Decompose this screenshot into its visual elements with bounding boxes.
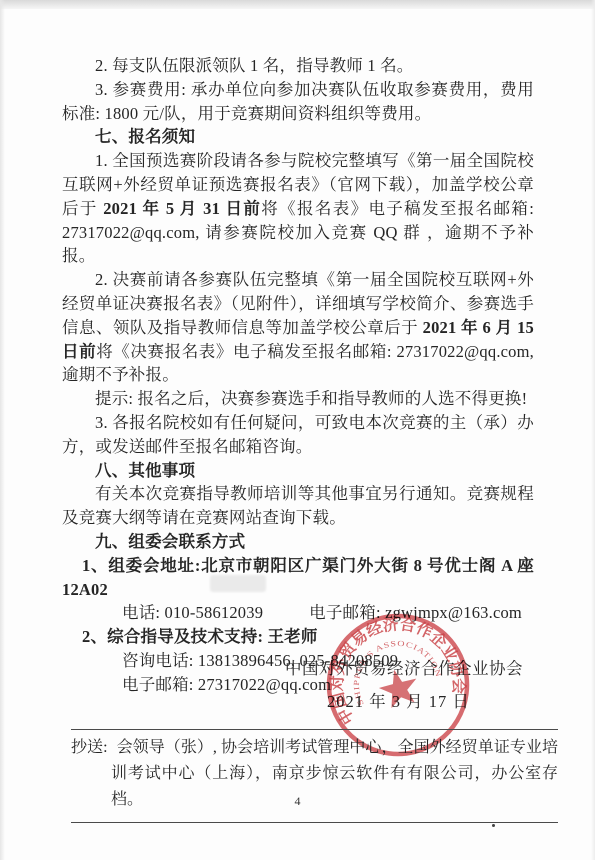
page-number: 4 (0, 794, 595, 809)
faint-watermark (210, 575, 266, 592)
paragraph-final-registration: 2. 决赛前请各参赛队伍完整填《第一届全国院校互联网+外经贸单证决赛报名表》（见… (62, 268, 534, 387)
paragraph-tip: 提示: 报名之后，决赛参赛选手和指导教师的人选不得更换! (62, 387, 534, 411)
scan-speck (492, 824, 495, 827)
heading-section-8: 八、其他事项 (62, 459, 534, 483)
seal-star-icon (375, 665, 421, 710)
paragraph-team-limit: 2. 每支队伍限派领队 1 名，指导教师 1 名。 (62, 54, 534, 78)
heading-section-9: 九、组委会联系方式 (62, 530, 534, 554)
scan-top-edge (0, 0, 595, 9)
paragraph-other-matters: 有关本次竞赛指导教师培训等其他事宜另行通知。竞赛规程及竞赛大纲等请在竞赛网站查询… (62, 482, 534, 530)
final-reg-text-cont: 将《决赛报名表》电子稿发至报名邮箱: 27317022@qq.com,逾期不予补… (62, 342, 534, 385)
paragraph-preliminary-registration: 1. 全国预选赛阶段请各参与院校完整填写《第一届全国院校互联网+外经贸单证预选赛… (62, 149, 534, 268)
cc-label: 抄送: (71, 739, 108, 756)
pre-reg-deadline: 2021 年 5 月 31 日前 (103, 199, 261, 218)
document-body: 2. 每支队伍限派领队 1 名，指导教师 1 名。 3. 参赛费用: 承办单位向… (62, 54, 534, 697)
contact-address: 1、组委会地址:北京市朝阳区广渠门外大街 8 号优士阁 A 座 12A02 (62, 554, 534, 602)
paragraph-question: 3. 各报名院校如有任何疑问，可致电本次竞赛的主（承）办方，或发送邮件至报名邮箱… (62, 411, 534, 459)
scan-left-edge (0, 0, 5, 860)
heading-section-7: 七、报名须知 (62, 125, 534, 149)
contact-phone-email-line: 电话: 010-58612039电子邮箱: zgwjmpx@163.com (62, 601, 534, 625)
scan-right-edge (591, 0, 595, 860)
paragraph-fee: 3. 参赛费用: 承办单位向参加决赛队伍收取参赛费用，费用标准: 1800 元/… (62, 78, 534, 126)
contact-phone: 电话: 010-58612039 (122, 603, 263, 622)
